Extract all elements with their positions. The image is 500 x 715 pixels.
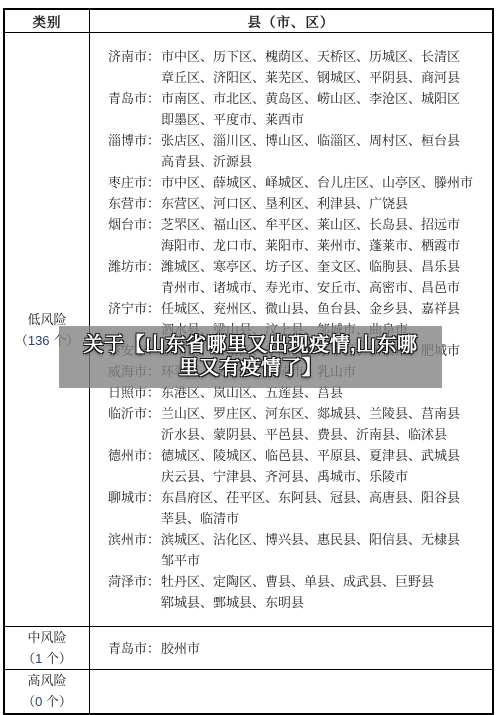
district-line: 章丘区、济阳区、莱芜区、钢城区、平阴县、商河县 xyxy=(161,67,488,88)
district-line: 市南区、市北区、黄岛区、崂山区、李沧区、城阳区 xyxy=(161,88,488,109)
city-entry: 枣庄市：市中区、薛城区、峄城区、台儿庄区、山亭区、滕州市 xyxy=(108,172,488,193)
district-lines: 东昌府区、茌平区、东阿县、冠县、高唐县、阳谷县莘县、临清市 xyxy=(161,487,488,529)
district-lines: 潍城区、寒亭区、坊子区、奎文区、临朐县、昌乐县青州市、诸城市、寿光市、安丘市、高… xyxy=(161,256,488,298)
region-list-cell-high xyxy=(90,670,494,714)
district-line: 东营区、河口区、垦利区、利津县、广饶县 xyxy=(161,193,488,214)
risk-row-high: 高风险（0 个） xyxy=(4,670,493,714)
district-line: 张店区、淄川区、博山区、临淄区、周村区、桓台县 xyxy=(161,130,488,151)
city-entry: 临沂市：兰山区、罗庄区、河东区、郯城县、兰陵县、莒南县沂水县、蒙阴县、平邑县、费… xyxy=(108,403,488,445)
city-entry: 淄博市：张店区、淄川区、博山区、临淄区、周村区、桓台县高青县、沂源县 xyxy=(108,130,488,172)
district-line: 莘县、临清市 xyxy=(161,508,488,529)
city-name: 东营市： xyxy=(108,193,161,214)
district-line: 市中区、历下区、槐荫区、天桥区、历城区、长清区 xyxy=(161,46,488,67)
watermark-title: 关于【山东省哪里又出现疫情,山东哪里又有疫情了】 xyxy=(79,334,423,380)
risk-level-count: （0 个） xyxy=(5,691,89,712)
district-lines: 牡丹区、定陶区、曹县、单县、成武县、巨野县郓城县、鄄城县、东明县 xyxy=(161,571,488,613)
city-entry: 东营市：东营区、河口区、垦利区、利津县、广饶县 xyxy=(108,193,488,214)
city-name: 菏泽市： xyxy=(108,571,161,592)
city-name: 济南市： xyxy=(108,46,161,67)
city-entry: 济南市：市中区、历下区、槐荫区、天桥区、历城区、长清区章丘区、济阳区、莱芜区、钢… xyxy=(108,46,488,88)
district-line: 邹平市 xyxy=(161,550,488,571)
city-name: 淄博市： xyxy=(108,130,161,151)
district-line: 市中区、薛城区、峄城区、台儿庄区、山亭区、滕州市 xyxy=(161,172,488,193)
table-header-row: 类别 县（市、区） xyxy=(4,9,493,33)
city-entry: 潍坊市：潍城区、寒亭区、坊子区、奎文区、临朐县、昌乐县青州市、诸城市、寿光市、安… xyxy=(108,256,488,298)
risk-level-label: 中风险 xyxy=(5,627,89,648)
risk-level-count: （1 个） xyxy=(5,648,89,669)
city-entry: 菏泽市：牡丹区、定陶区、曹县、单县、成武县、巨野县郓城县、鄄城县、东明县 xyxy=(108,571,488,613)
district-line: 胶州市 xyxy=(161,638,488,659)
district-line: 滨城区、沾化区、博兴县、惠民县、阳信县、无棣县 xyxy=(161,529,488,550)
city-name: 临沂市： xyxy=(108,403,161,424)
watermark-overlay: 关于【山东省哪里又出现疫情,山东哪里又有疫情了】 xyxy=(59,326,442,388)
district-lines: 胶州市 xyxy=(161,638,488,659)
city-name: 滨州市： xyxy=(108,529,161,550)
district-lines: 滨城区、沾化区、博兴县、惠民县、阳信县、无棣县邹平市 xyxy=(161,529,488,571)
city-name: 聊城市： xyxy=(108,487,161,508)
district-lines: 市南区、市北区、黄岛区、崂山区、李沧区、城阳区即墨区、平度市、莱西市 xyxy=(161,88,488,130)
district-line: 高青县、沂源县 xyxy=(161,151,488,172)
district-lines: 芝罘区、福山区、牟平区、莱山区、长岛县、招远市海阳市、龙口市、莱阳市、莱州市、蓬… xyxy=(161,214,488,256)
city-entry: 青岛市：市南区、市北区、黄岛区、崂山区、李沧区、城阳区即墨区、平度市、莱西市 xyxy=(108,88,488,130)
district-line: 德城区、陵城区、临邑县、平原县、夏津县、武城县 xyxy=(161,445,488,466)
city-name: 潍坊市： xyxy=(108,256,161,277)
district-line: 潍城区、寒亭区、坊子区、奎文区、临朐县、昌乐县 xyxy=(161,256,488,277)
risk-level-label: 高风险 xyxy=(5,670,89,691)
city-entry: 烟台市：芝罘区、福山区、牟平区、莱山区、长岛县、招远市海阳市、龙口市、莱阳市、莱… xyxy=(108,214,488,256)
city-name: 青岛市： xyxy=(108,638,161,659)
district-line: 东昌府区、茌平区、东阿县、冠县、高唐县、阳谷县 xyxy=(161,487,488,508)
city-name: 青岛市： xyxy=(108,88,161,109)
region-list-cell-medium: 青岛市：胶州市 xyxy=(90,627,494,670)
risk-label-cell-medium: 中风险（1 个） xyxy=(4,627,90,670)
header-region: 县（市、区） xyxy=(90,9,494,33)
district-lines: 市中区、历下区、槐荫区、天桥区、历城区、长清区章丘区、济阳区、莱芜区、钢城区、平… xyxy=(161,46,488,88)
district-line: 沂水县、蒙阴县、平邑县、费县、沂南县、临沭县 xyxy=(161,424,488,445)
city-entry: 滨州市：滨城区、沾化区、博兴县、惠民县、阳信县、无棣县邹平市 xyxy=(108,529,488,571)
risk-label-cell-high: 高风险（0 个） xyxy=(4,670,90,714)
city-name: 烟台市： xyxy=(108,214,161,235)
district-lines: 张店区、淄川区、博山区、临淄区、周村区、桓台县高青县、沂源县 xyxy=(161,130,488,172)
district-line: 郓城县、鄄城县、东明县 xyxy=(161,592,488,613)
district-lines: 东营区、河口区、垦利区、利津县、广饶县 xyxy=(161,193,488,214)
district-line: 任城区、兖州区、微山县、鱼台县、金乡县、嘉祥县 xyxy=(161,298,488,319)
risk-row-medium: 中风险（1 个）青岛市：胶州市 xyxy=(4,627,493,670)
district-lines: 市中区、薛城区、峄城区、台儿庄区、山亭区、滕州市 xyxy=(161,172,488,193)
district-line: 庆云县、宁津县、齐河县、禹城市、乐陵市 xyxy=(161,466,488,487)
header-category: 类别 xyxy=(4,9,90,33)
district-lines: 德城区、陵城区、临邑县、平原县、夏津县、武城县庆云县、宁津县、齐河县、禹城市、乐… xyxy=(161,445,488,487)
district-line: 芝罘区、福山区、牟平区、莱山区、长岛县、招远市 xyxy=(161,214,488,235)
city-entry: 聊城市：东昌府区、茌平区、东阿县、冠县、高唐县、阳谷县莘县、临清市 xyxy=(108,487,488,529)
city-entry: 青岛市：胶州市 xyxy=(108,638,488,659)
district-line: 海阳市、龙口市、莱阳市、莱州市、蓬莱市、栖霞市 xyxy=(161,235,488,256)
district-line: 青州市、诸城市、寿光市、安丘市、高密市、昌邑市 xyxy=(161,277,488,298)
city-name: 济宁市： xyxy=(108,298,161,319)
district-line: 牡丹区、定陶区、曹县、单县、成武县、巨野县 xyxy=(161,571,488,592)
city-entry: 德州市：德城区、陵城区、临邑县、平原县、夏津县、武城县庆云县、宁津县、齐河县、禹… xyxy=(108,445,488,487)
city-name: 德州市： xyxy=(108,445,161,466)
district-line: 即墨区、平度市、莱西市 xyxy=(161,109,488,130)
city-name: 枣庄市： xyxy=(108,172,161,193)
district-lines: 兰山区、罗庄区、河东区、郯城县、兰陵县、莒南县沂水县、蒙阴县、平邑县、费县、沂南… xyxy=(161,403,488,445)
page: 类别 县（市、区） 低风险（136 个）济南市：市中区、历下区、槐荫区、天桥区、… xyxy=(0,0,500,715)
district-line: 兰山区、罗庄区、河东区、郯城县、兰陵县、莒南县 xyxy=(161,403,488,424)
